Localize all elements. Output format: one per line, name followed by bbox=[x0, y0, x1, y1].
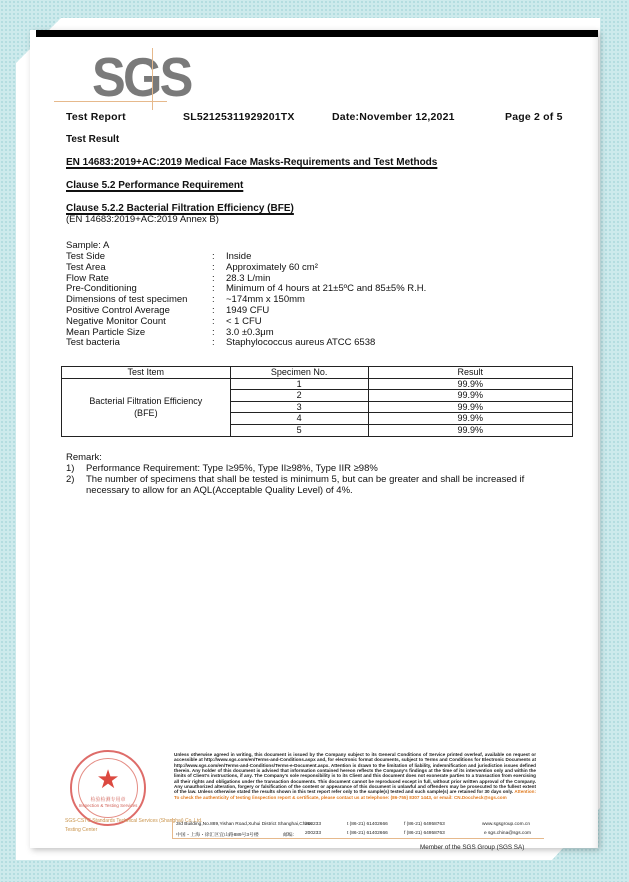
result-cell: 99.9% bbox=[368, 378, 572, 390]
field-label: Test bacteria bbox=[66, 338, 212, 349]
remarks: Remark: 1)Performance Requirement: Type … bbox=[66, 452, 556, 496]
header-test-item: Test Item bbox=[62, 367, 231, 379]
remarks-title: Remark: bbox=[66, 452, 556, 463]
result-cell: 99.9% bbox=[368, 401, 572, 413]
specimen-cell: 2 bbox=[230, 390, 368, 402]
header-bar bbox=[36, 30, 598, 37]
fax-2: f (86-21) 64958763 bbox=[404, 831, 445, 836]
annex-reference: (EN 14683:2019+AC:2019 Annex B) bbox=[66, 214, 219, 225]
logo-guide-line bbox=[54, 101, 167, 102]
results-table: Test Item Specimen No. Result Bacterial … bbox=[61, 366, 573, 437]
star-icon: ★ bbox=[72, 766, 144, 792]
report-date: Date:November 12,2021 bbox=[332, 111, 455, 123]
field-value: < 1 CFU bbox=[226, 317, 262, 328]
clause-performance-heading: Clause 5.2 Performance Requirement bbox=[66, 180, 243, 191]
footer-guide-line-vertical bbox=[172, 818, 173, 838]
field-value: Staphylococcus aureus ATCC 6538 bbox=[226, 338, 375, 349]
test-result-heading: Test Result bbox=[66, 134, 119, 145]
specimen-cell: 4 bbox=[230, 413, 368, 425]
specimen-cell: 5 bbox=[230, 424, 368, 436]
sample-details: Test Side:InsideTest Area:Approximately … bbox=[66, 252, 426, 349]
clause-bfe-heading: Clause 5.2.2 Bacterial Filtration Effici… bbox=[66, 203, 294, 214]
telephone-2: t (86-21) 61402666 bbox=[347, 831, 388, 836]
address-cn: 中国・上海・徐汇区宜山路889号3号楼 bbox=[176, 831, 259, 838]
field-value: Approximately 60 cm² bbox=[226, 263, 318, 274]
remark-item: 1)Performance Requirement: Type I≥95%, T… bbox=[66, 463, 556, 474]
remark-text: Performance Requirement: Type I≥95%, Typ… bbox=[86, 463, 556, 474]
postcode-cn-label: 邮编: bbox=[283, 831, 294, 838]
document-page bbox=[30, 30, 598, 848]
field-separator: : bbox=[212, 263, 226, 274]
field-separator: : bbox=[212, 338, 226, 349]
postcode-en: 200233 bbox=[305, 822, 321, 827]
postcode-cn: 200233 bbox=[305, 831, 321, 836]
seal-text-en: Inspection & Testing Services bbox=[72, 803, 144, 808]
standard-heading: EN 14683:2019+AC:2019 Medical Face Masks… bbox=[66, 157, 437, 168]
report-label: Test Report bbox=[66, 111, 126, 123]
header-specimen-no: Specimen No. bbox=[230, 367, 368, 379]
address-en: 3rd Building,No.889,Yishan Road,Xuhui Di… bbox=[176, 822, 312, 827]
sample-field-row: Test bacteria:Staphylococcus aureus ATCC… bbox=[66, 338, 426, 349]
test-item-name: Bacterial Filtration Efficiency bbox=[62, 395, 230, 407]
website: www.sgsgroup.com.cn bbox=[482, 822, 530, 827]
seal-org-center: Testing Center bbox=[65, 827, 97, 833]
field-separator: : bbox=[212, 317, 226, 328]
table-header-row: Test Item Specimen No. Result bbox=[62, 367, 573, 379]
logo-guide-line-vertical bbox=[152, 48, 153, 110]
remark-number: 1) bbox=[66, 463, 86, 474]
telephone: t (86-21) 61402666 bbox=[347, 822, 388, 827]
result-cell: 99.9% bbox=[368, 413, 572, 425]
sample-field-row: Negative Monitor Count:< 1 CFU bbox=[66, 317, 426, 328]
legal-disclaimer: Unless otherwise agreed in writing, this… bbox=[174, 752, 536, 800]
seal-text-cn: 检验检测专用章 bbox=[72, 796, 144, 803]
sgs-member-note: Member of the SGS Group (SGS SA) bbox=[420, 844, 524, 851]
logo-text: SGS bbox=[92, 50, 191, 105]
report-number: SL52125311929201TX bbox=[183, 111, 295, 123]
result-cell: 99.9% bbox=[368, 424, 572, 436]
remark-text: The number of specimens that shall be te… bbox=[86, 474, 556, 496]
page-number: Page 2 of 5 bbox=[505, 111, 563, 123]
test-item-cell: Bacterial Filtration Efficiency(BFE) bbox=[62, 378, 231, 436]
remark-number: 2) bbox=[66, 474, 86, 496]
company-seal: ★ 检验检测专用章 Inspection & Testing Services bbox=[70, 750, 146, 826]
footer-divider bbox=[172, 838, 544, 839]
field-label: Negative Monitor Count bbox=[66, 317, 212, 328]
table-row: Bacterial Filtration Efficiency(BFE)199.… bbox=[62, 378, 573, 390]
specimen-cell: 3 bbox=[230, 401, 368, 413]
specimen-cell: 1 bbox=[230, 378, 368, 390]
remark-item: 2)The number of specimens that shall be … bbox=[66, 474, 556, 496]
disclaimer-text: Unless otherwise agreed in writing, this… bbox=[174, 752, 536, 794]
sample-field-row: Test Area:Approximately 60 cm² bbox=[66, 263, 426, 274]
result-cell: 99.9% bbox=[368, 390, 572, 402]
email: e sgs.china@sgs.com bbox=[484, 831, 531, 836]
test-item-abbr: (BFE) bbox=[62, 407, 230, 419]
header-result: Result bbox=[368, 367, 572, 379]
field-label: Test Area bbox=[66, 263, 212, 274]
sample-label: Sample: A bbox=[66, 240, 109, 251]
fax: f (86-21) 64958763 bbox=[404, 822, 445, 827]
